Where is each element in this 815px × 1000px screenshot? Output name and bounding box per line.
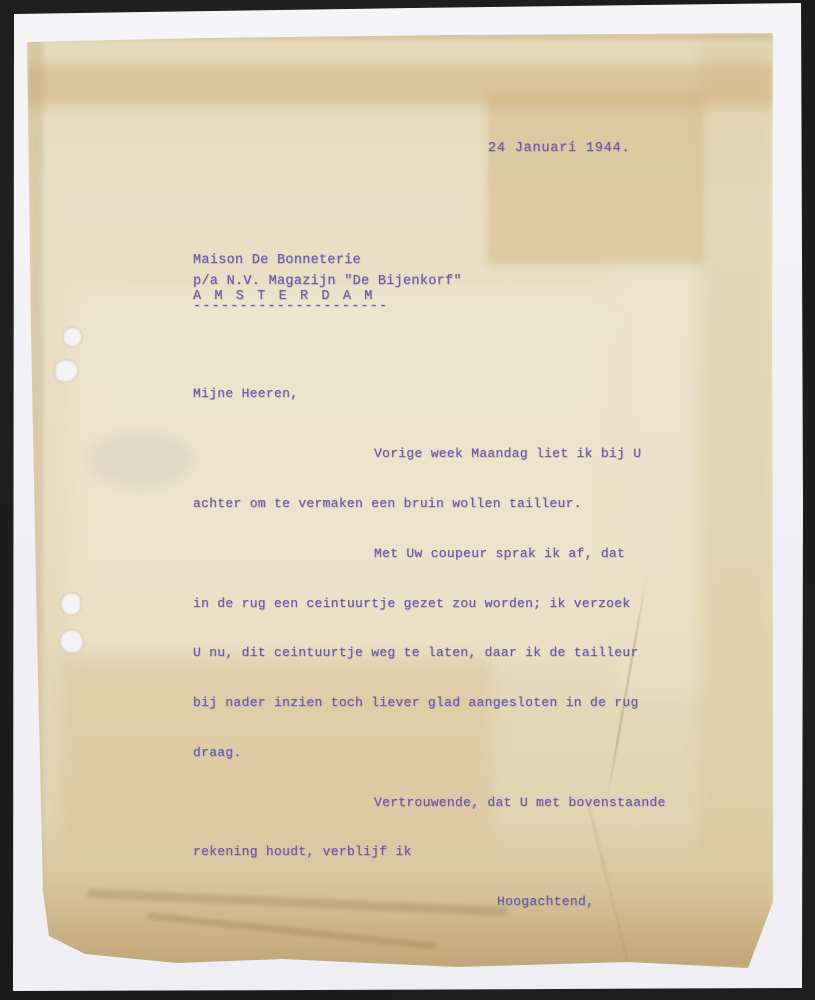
salutation: Mijne Heeren, — [193, 386, 298, 403]
letter-date: 24 Januari 1944. — [488, 141, 630, 158]
letter-body: Vorige week Maandag liet ik bij U achter… — [193, 413, 673, 944]
body-line: draag. — [193, 745, 673, 762]
body-line: achter om te vermaken een bruin wollen t… — [193, 496, 673, 513]
letter-page: 24 Januari 1944. Maison De Bonneterie p/… — [27, 33, 773, 969]
body-line: in de rug een ceintuurtje gezet zou word… — [193, 596, 673, 613]
punch-hole-4 — [60, 630, 83, 653]
body-line: Vorige week Maandag liet ik bij U — [193, 446, 673, 463]
body-line: Vertrouwende, dat U met bovenstaande — [193, 795, 673, 812]
body-line: U nu, dit ceintuurtje weg te laten, daar… — [193, 645, 673, 662]
stain-upper-right — [487, 95, 704, 265]
body-line: bij nader inzien toch liever glad aanges… — [193, 695, 673, 712]
smudge-left-margin — [88, 432, 193, 487]
body-line: rekening houdt, verblijf ik — [193, 844, 673, 861]
recipient-name: Maison De Bonneterie — [193, 253, 361, 270]
punch-hole-3 — [61, 593, 81, 615]
scanner-background: 24 Januari 1944. Maison De Bonneterie p/… — [0, 0, 815, 1000]
body-line: Met Uw coupeur sprak ik af, dat — [193, 546, 673, 563]
punch-hole-2 — [55, 360, 78, 382]
punch-hole-1 — [63, 327, 82, 347]
closing: Hoogachtend, — [193, 894, 673, 911]
stain-top-band — [27, 56, 773, 114]
recipient-underline: --------------------- — [193, 299, 388, 316]
stain-right-edge — [698, 40, 773, 852]
